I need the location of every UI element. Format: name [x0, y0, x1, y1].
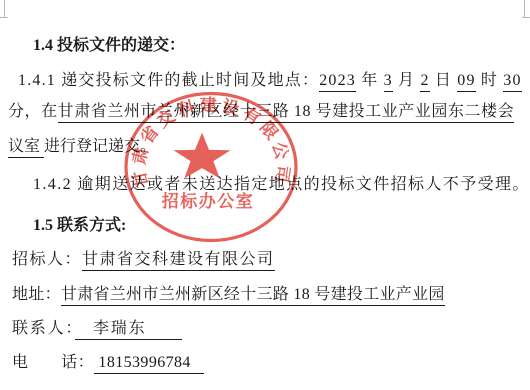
text-segment: 1.4.1 递交投标文件的截止时间及地点：	[18, 72, 319, 89]
seal-star-icon	[173, 133, 230, 179]
contact-person-line: 联系人： 李瑞东	[12, 320, 182, 337]
text-segment: 地址：	[12, 286, 61, 303]
bidder-line: 招标人：甘肃省交科建设有限公司	[12, 251, 275, 268]
underlined-text: 甘肃省兰州市兰州新区经十三路 18 号建投工业产业园	[61, 286, 445, 306]
table-border-corner-right-horizontal	[522, 17, 530, 18]
underlined-text: 18153996784	[94, 354, 204, 374]
table-border-corner-left-vertical	[4, 0, 5, 17]
text-segment: 时	[476, 72, 504, 89]
text-segment: 招标人：	[12, 251, 82, 268]
text-segment: 月	[393, 72, 421, 89]
seal-company-text: 甘肃省交科建设有限公司	[128, 95, 292, 190]
text-segment: 1.4 投标文件的递交：	[33, 37, 185, 54]
seal-office-text: 招标办公室	[161, 191, 255, 211]
underlined-text: 09	[457, 72, 475, 92]
text-segment: 分，在	[8, 103, 58, 120]
text-segment: 电 话：	[12, 354, 94, 371]
underlined-text: 甘肃省交科建设有限公司	[82, 251, 275, 271]
underlined-text: 3	[384, 72, 393, 92]
text-segment: 日	[430, 72, 458, 89]
phone-line: 电 话： 18153996784	[12, 354, 204, 371]
table-border-corner-right-vertical	[524, 0, 525, 17]
underlined-text: 李瑞东	[75, 320, 182, 340]
address-line: 地址：甘肃省兰州市兰州新区经十三路 18 号建投工业产业园	[12, 286, 445, 303]
document-page: 1.4 投标文件的递交： 1.4.1 递交投标文件的截止时间及地点：2023 年…	[0, 0, 530, 390]
table-border-corner-left-horizontal	[0, 17, 8, 18]
underlined-text: 议室	[8, 138, 44, 158]
heading-1-5-contact: 1.5 联系方式:	[33, 217, 126, 234]
official-seal: 甘肃省交科建设有限公司 招标办公室	[122, 90, 300, 244]
text-segment: 联系人：	[12, 320, 75, 337]
clause-1-4-1-line-1: 1.4.1 递交投标文件的截止时间及地点：2023 年 3 月 2 日 09 时…	[18, 72, 522, 89]
text-segment: 年	[356, 72, 384, 89]
text-segment: 1.5 联系方式:	[33, 217, 126, 234]
heading-1-4-submission: 1.4 投标文件的递交：	[33, 37, 185, 54]
underlined-text: 2	[420, 72, 429, 92]
underlined-text: 2023	[319, 72, 356, 92]
underlined-text: 30	[503, 72, 521, 92]
